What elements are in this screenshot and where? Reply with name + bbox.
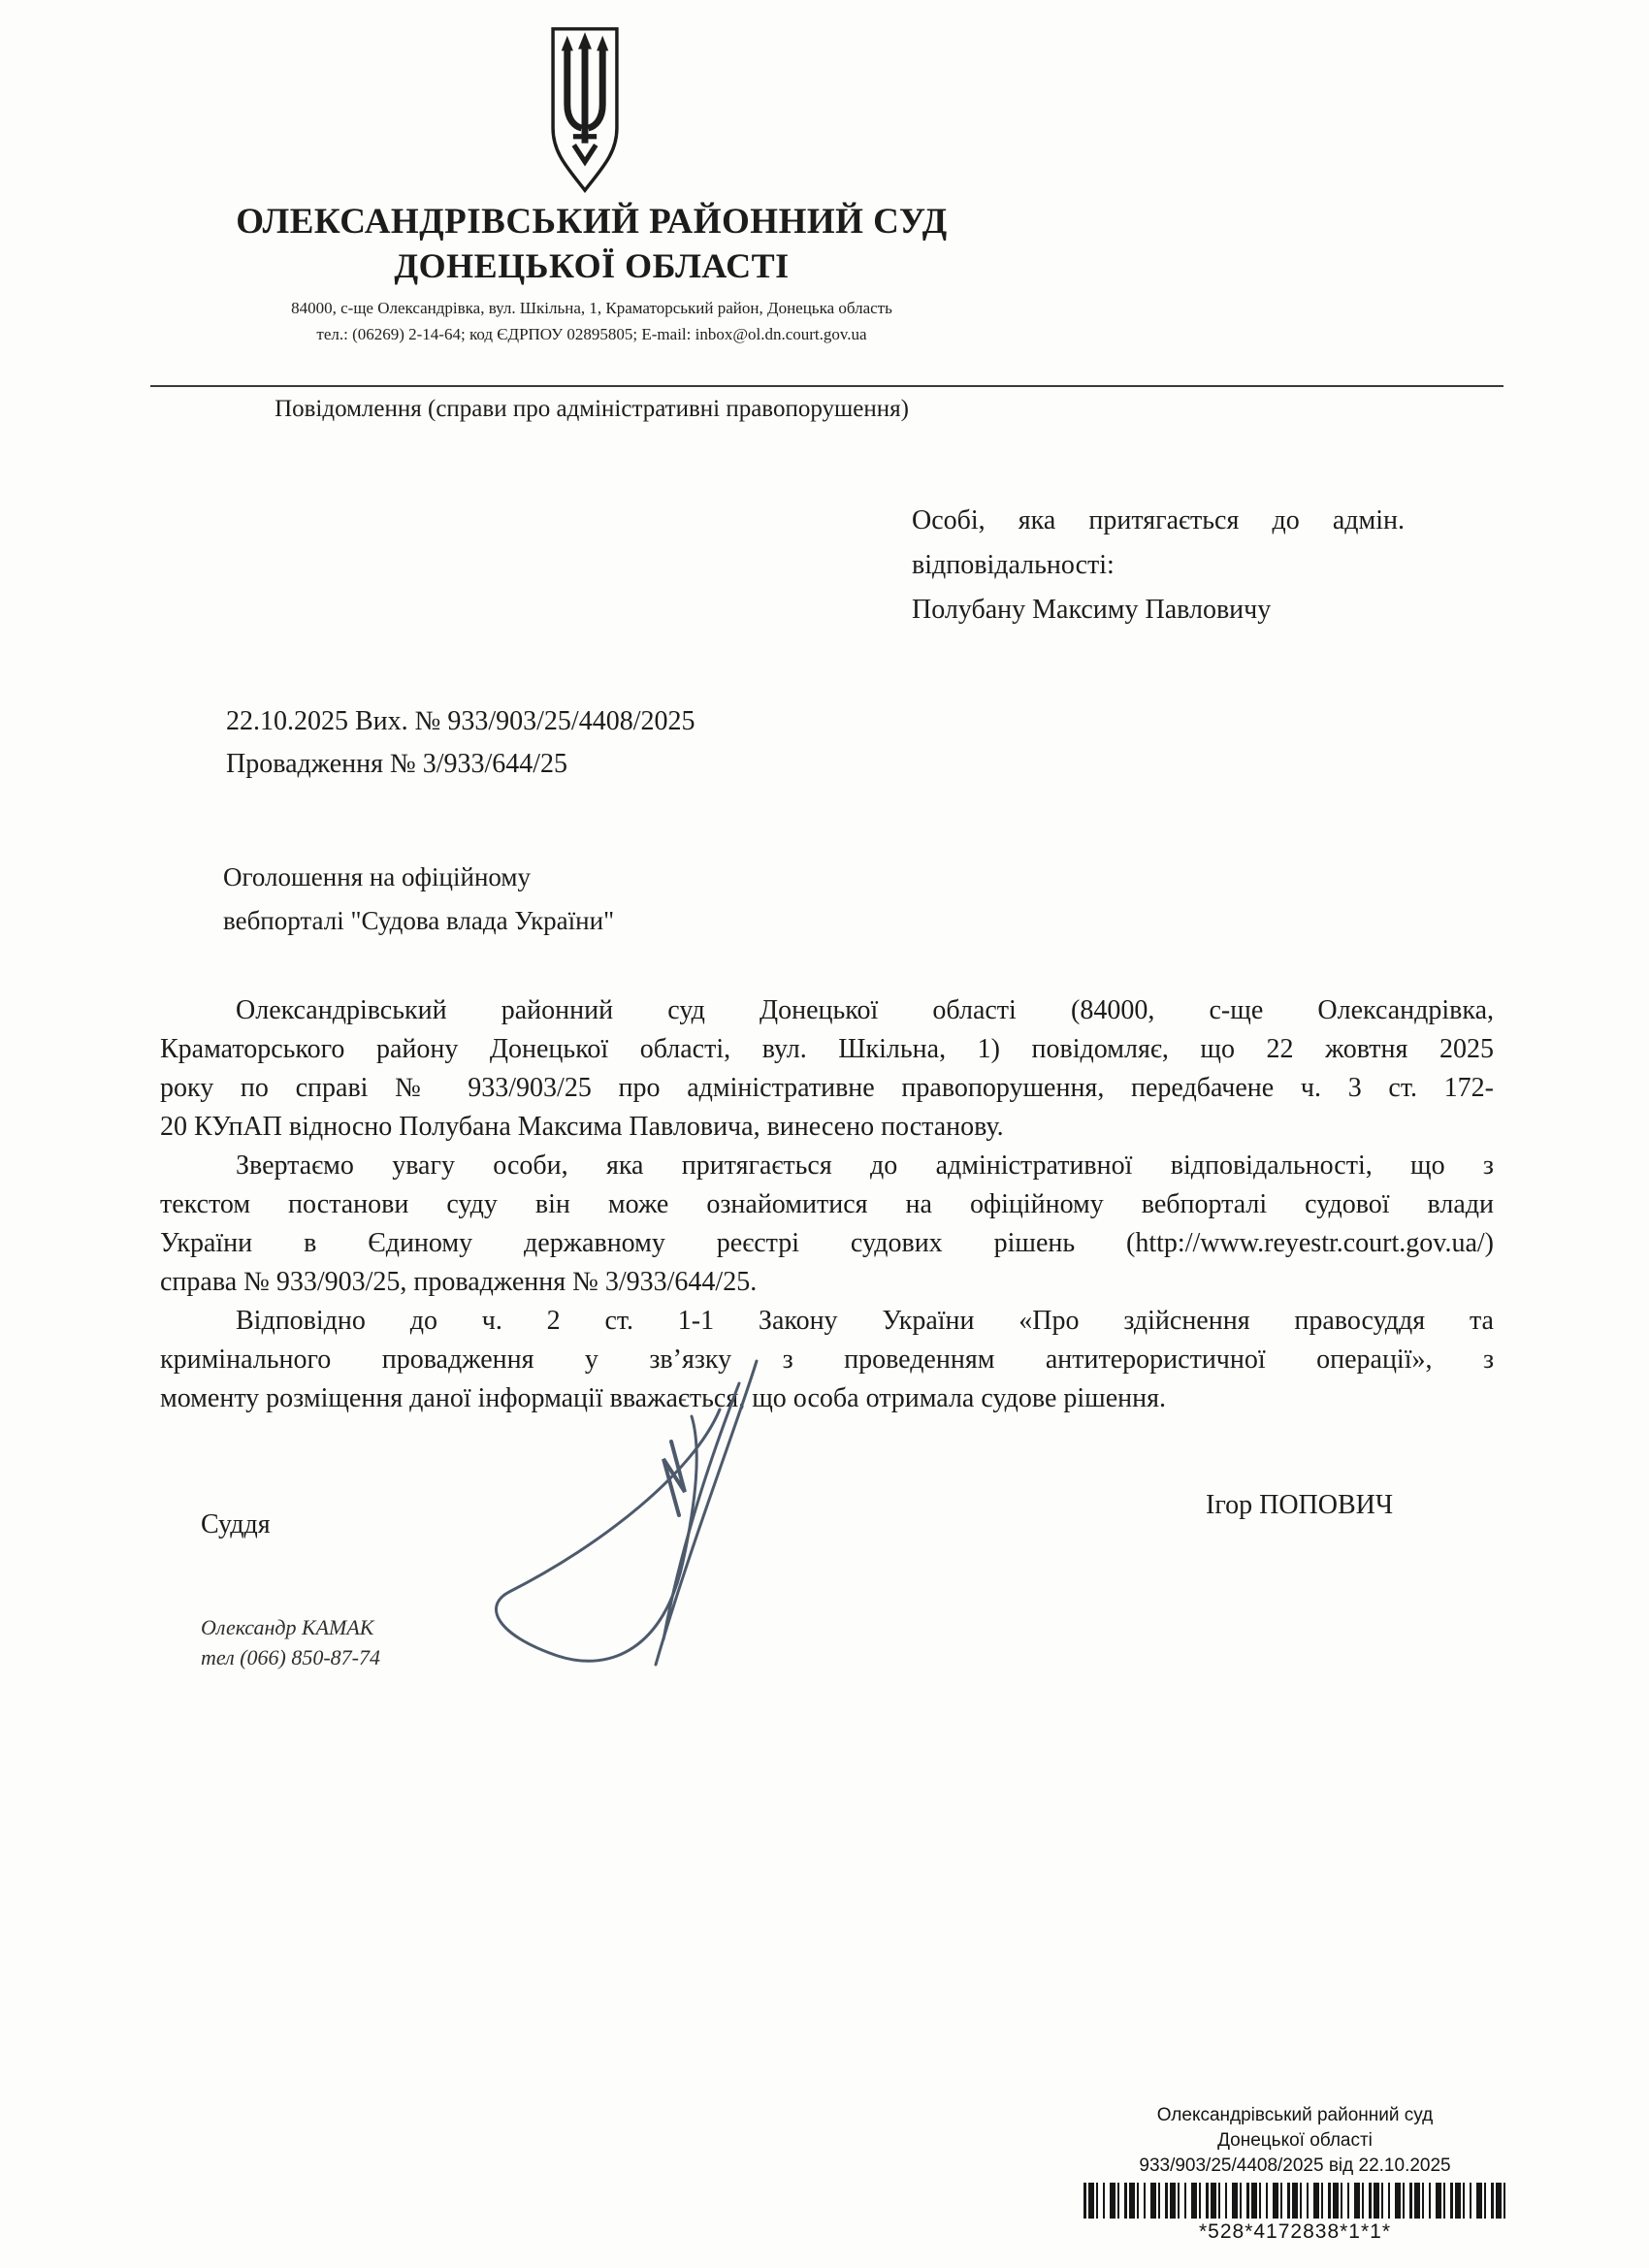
announcement-line: Оголошення на офіційному [223, 856, 614, 899]
addressee-line: Особі, яка притягається до адмін. [912, 499, 1405, 543]
clerk-phone: тел (066) 850-87-74 [201, 1642, 380, 1672]
stamp-doc-number: 933/903/25/4408/2025 від 22.10.2025 [1052, 2154, 1537, 2179]
header-divider [150, 385, 1503, 387]
addressee-block: Особі, яка притягається до адмін. відпов… [912, 499, 1405, 632]
court-contacts: тел.: (06269) 2-14-64; код ЄДРПОУ 028958… [150, 321, 1033, 347]
body-line: 20 КУпАП відносно Полубана Максима Павло… [160, 1108, 1494, 1147]
barcode-value: *528*4172838*1*1* [1052, 2219, 1537, 2245]
court-name-line2: ДОНЕЦЬКОЇ ОБЛАСТІ [150, 244, 1033, 287]
barcode [1083, 2183, 1506, 2219]
proceeding-number: Провадження № 3/933/644/25 [226, 743, 695, 786]
announcement-line: вебпорталі "Судова влада України" [223, 899, 614, 943]
addressee-line: відповідальності: [912, 543, 1405, 588]
body-line: моменту розміщення даної інформації вваж… [160, 1379, 1494, 1418]
document-subject: Повідомлення (справи про адміністративні… [150, 396, 1033, 423]
stamp-court-line1: Олександрівський районний суд [1052, 2103, 1537, 2128]
stamp-court-line2: Донецької області [1052, 2128, 1537, 2154]
court-address: 84000, с-ще Олександрівка, вул. Шкільна,… [150, 295, 1033, 321]
outgoing-number: 22.10.2025 Вих. № 933/903/25/4408/2025 [226, 700, 695, 743]
body-line: Олександрівський районний суд Донецької … [160, 991, 1494, 1030]
registration-stamp: Олександрівський районний суд Донецької … [1052, 2103, 1537, 2245]
judge-name: Ігор ПОПОВИЧ [1206, 1490, 1393, 1521]
body-line: Краматорського району Донецької області,… [160, 1030, 1494, 1069]
clerk-name: Олександр КАМАК [201, 1612, 380, 1642]
body-line: справа № 933/903/25, провадження № 3/933… [160, 1263, 1494, 1302]
scanned-court-letter: ОЛЕКСАНДРІВСЬКИЙ РАЙОННИЙ СУД ДОНЕЦЬКОЇ … [0, 0, 1649, 2268]
reference-block: 22.10.2025 Вих. № 933/903/25/4408/2025 П… [226, 700, 695, 786]
body-line: кримінального провадження у зв’язку з пр… [160, 1341, 1494, 1379]
body-line: Звертаємо увагу особи, яка притягається … [160, 1147, 1494, 1185]
letter-body: Олександрівський районний суд Донецької … [160, 991, 1494, 1418]
body-line: Відповідно до ч. 2 ст. 1-1 Закону Україн… [160, 1302, 1494, 1341]
handwritten-signature [466, 1356, 766, 1676]
judge-role-label: Суддя [201, 1509, 271, 1540]
trident-emblem-icon [547, 25, 623, 194]
announcement-block: Оголошення на офіційному вебпорталі "Суд… [223, 856, 614, 943]
clerk-block: Олександр КАМАК тел (066) 850-87-74 [201, 1612, 380, 1672]
letterhead: ОЛЕКСАНДРІВСЬКИЙ РАЙОННИЙ СУД ДОНЕЦЬКОЇ … [150, 200, 1033, 347]
body-line: України в Єдиному державному реєстрі суд… [160, 1224, 1494, 1263]
body-line: текстом постанови суду він може ознайоми… [160, 1185, 1494, 1224]
court-name-line1: ОЛЕКСАНДРІВСЬКИЙ РАЙОННИЙ СУД [150, 200, 1033, 244]
addressee-name: Полубану Максиму Павловичу [912, 588, 1405, 632]
body-line: року по справі № 933/903/25 про адмініст… [160, 1069, 1494, 1108]
